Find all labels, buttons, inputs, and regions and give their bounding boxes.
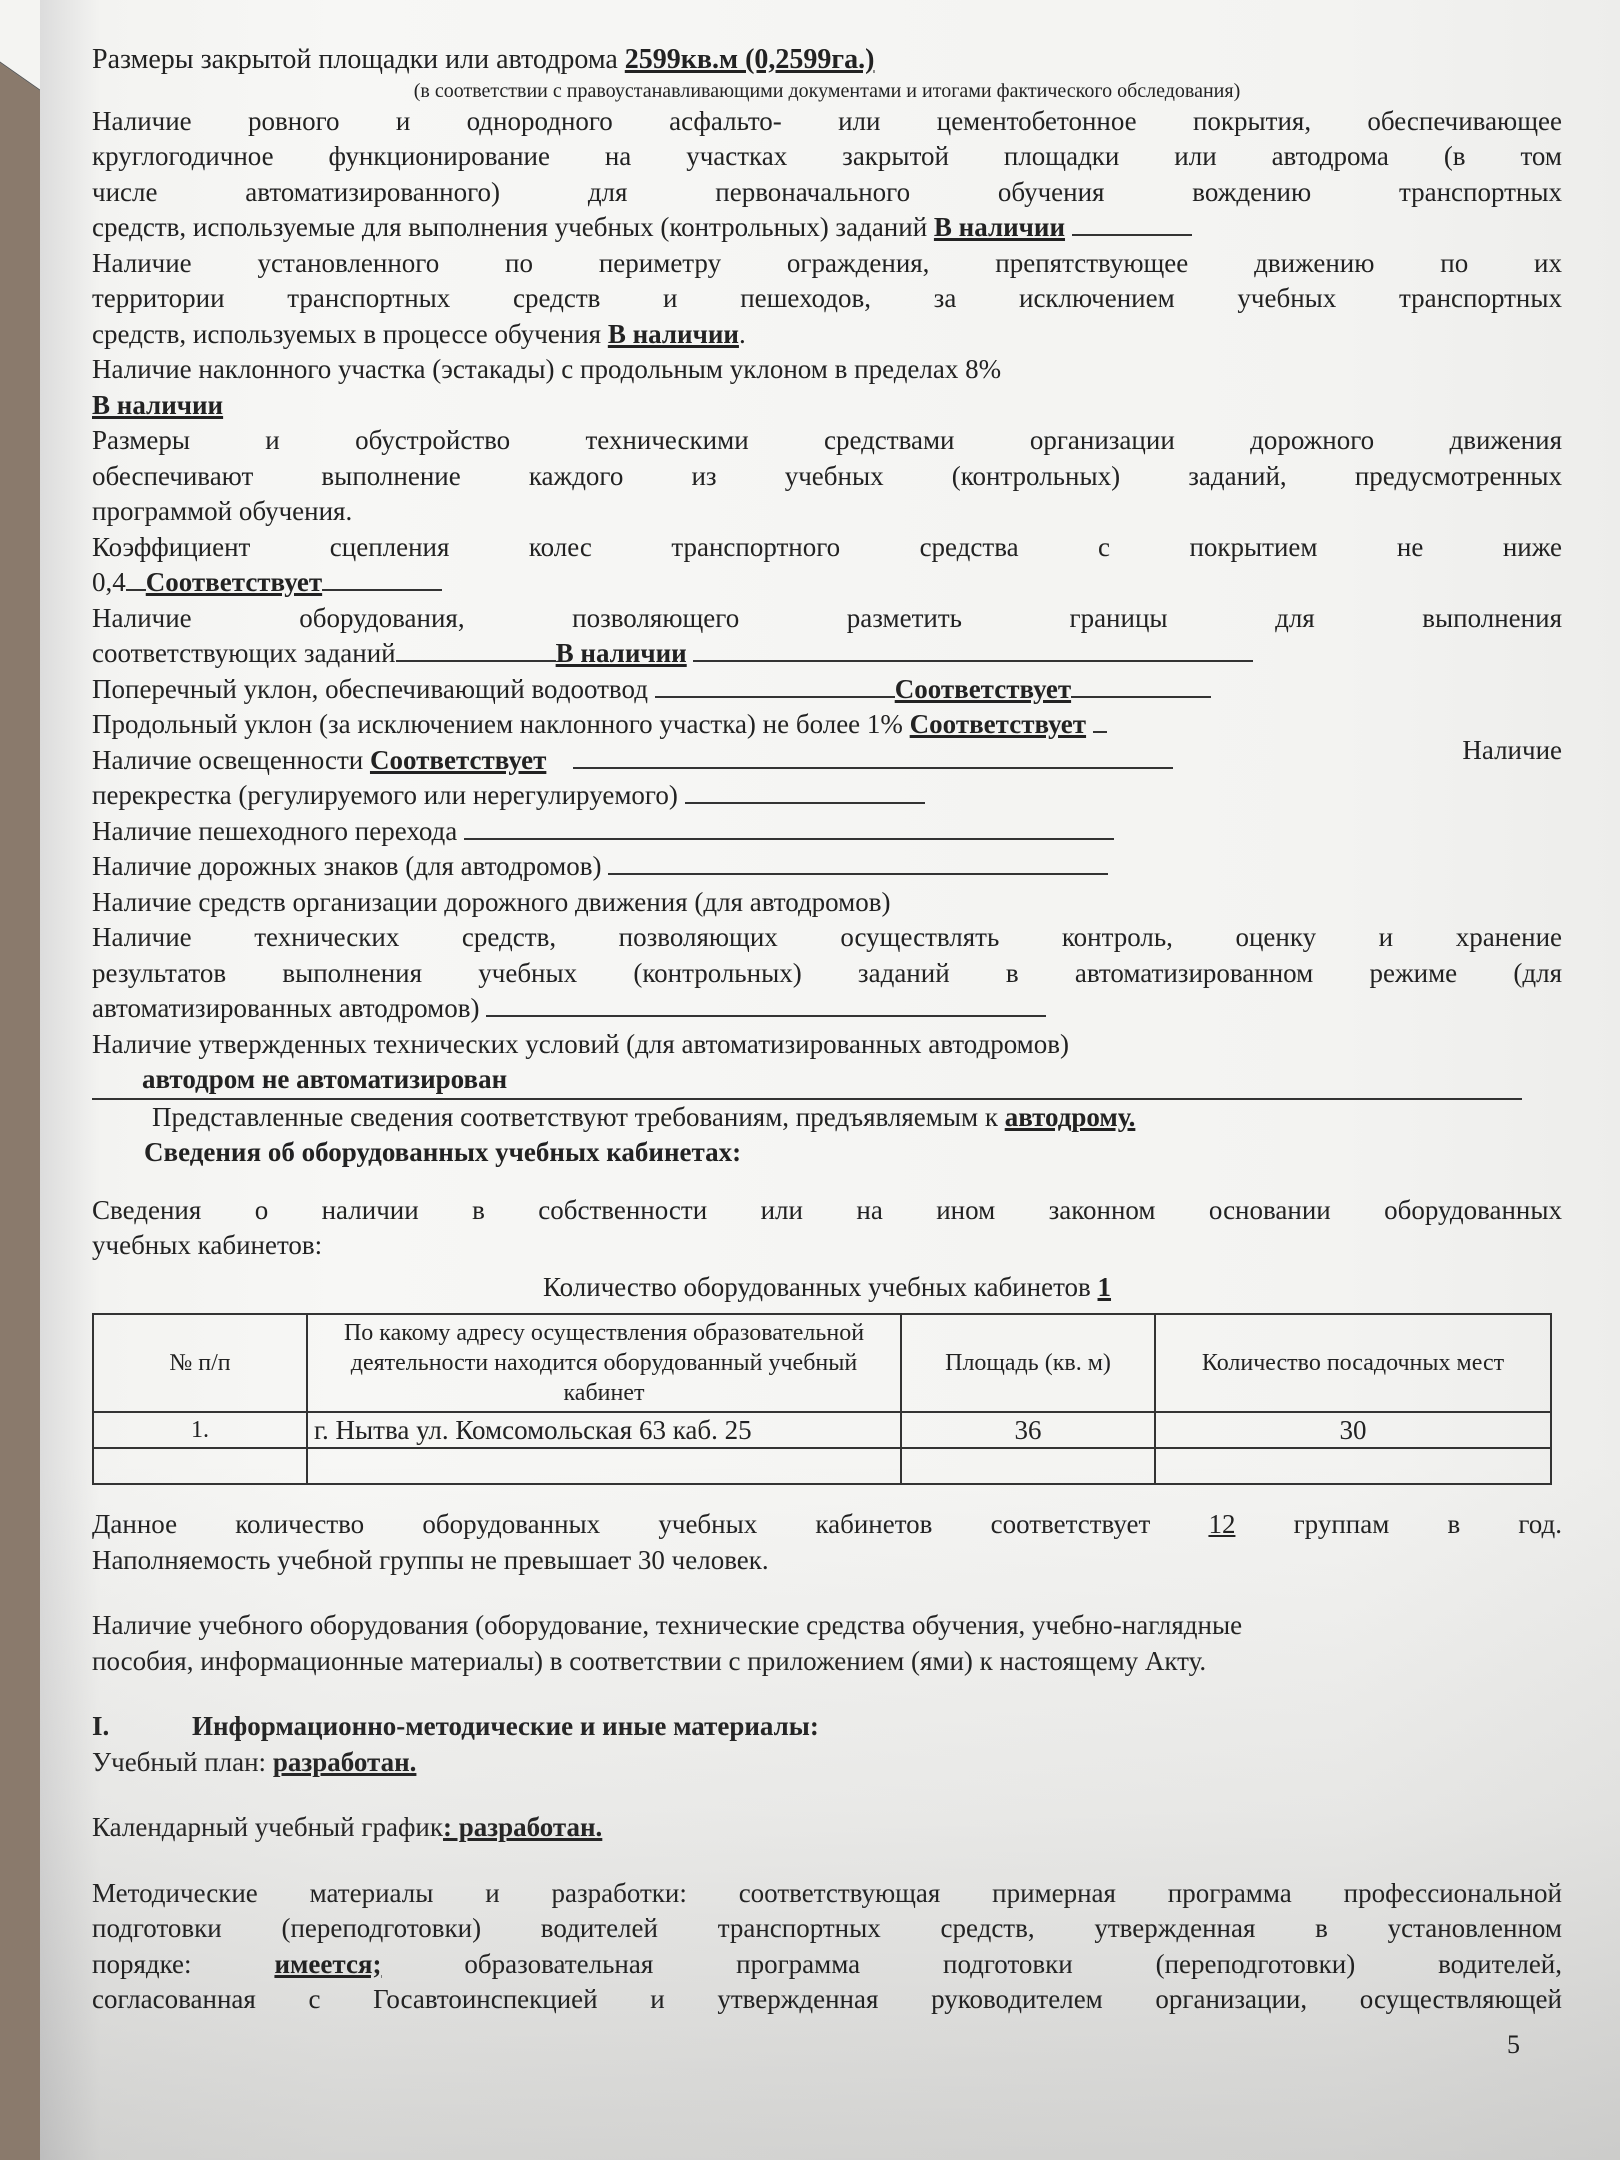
blank-line [1071, 674, 1211, 698]
plan-line: Учебный план: разработан. [92, 1745, 1562, 1781]
section-heading: I.Информационно-методические и иные мате… [92, 1709, 1562, 1745]
conclusion-value: автодрому. [1005, 1102, 1136, 1132]
conditions-text: Наличие утвержденных технических условий… [92, 1027, 1562, 1063]
grip-text: 0,4 [92, 567, 126, 597]
methods-text: подготовки (переподготовки) водителей тр… [92, 1911, 1562, 1947]
table-cell: 36 [901, 1412, 1155, 1448]
equip-text: соответствующих заданий [92, 638, 396, 668]
cabinets-table: № п/п По какому адресу осуществления обр… [92, 1313, 1552, 1485]
equip-text: Наличие оборудования, позволяющего разме… [92, 601, 1562, 637]
spacer [92, 1780, 1562, 1810]
surface-line: средств, используемые для выполнения уче… [92, 210, 1562, 246]
fence-text: территории транспортных средств и пешехо… [92, 281, 1562, 317]
methods-text: образовательная программа подготовки (пе… [464, 1949, 1562, 1979]
conditions-value: автодром не автоматизирован [142, 1064, 507, 1094]
long-slope-value: Соответствует [910, 709, 1086, 739]
long-slope-text: Продольный уклон (за исключением наклонн… [92, 709, 903, 739]
blank-line [464, 816, 1114, 840]
blank-line [573, 745, 1173, 769]
site-size-line: Размеры закрытой площадки или автодрома … [92, 42, 1562, 78]
cabinets-count-label: Количество оборудованных учебных кабинет… [543, 1272, 1091, 1302]
document-content: Размеры закрытой площадки или автодрома … [92, 42, 1562, 2018]
spacer [92, 1578, 1562, 1608]
light-tail-text: Наличие [1462, 733, 1562, 769]
tech-line: автоматизированных автодромов) [92, 991, 1562, 1027]
conditions-line: автодром не автоматизирован [92, 1062, 1522, 1100]
grip-line: 0,4Соответствует [92, 565, 1562, 601]
surface-text: круглогодичное функционирование на участ… [92, 139, 1562, 175]
groups-line: Данное количество оборудованных учебных … [92, 1507, 1562, 1543]
blank-line [693, 638, 1253, 662]
spacer [92, 1171, 1562, 1193]
pedestrian-text: Наличие пешеходного перехода [92, 816, 457, 846]
blank-line [1093, 709, 1107, 733]
blank-line [1072, 212, 1192, 236]
size-text: программой обучения. [92, 494, 1562, 530]
blank-line [396, 638, 556, 662]
blank-line [322, 567, 442, 591]
pedestrian-line: Наличие пешеходного перехода [92, 814, 1562, 850]
crossroad-line: перекрестка (регулируемого или нерегулир… [92, 778, 1562, 814]
blank-line [655, 674, 895, 698]
conclusion-text: Представленные сведения соответствуют тр… [152, 1102, 998, 1132]
table-cell: 1. [93, 1412, 307, 1448]
cabinets-heading: Сведения об оборудованных учебных кабине… [92, 1135, 1562, 1171]
site-size-label: Размеры закрытой площадки или автодрома [92, 44, 618, 75]
table-header: Количество посадочных мест [1155, 1314, 1551, 1412]
plan-label: Учебный план: [92, 1747, 266, 1777]
site-size-value: 2599кв.м (0,2599га.) [625, 44, 875, 75]
cross-slope-text: Поперечный уклон, обеспечивающий водоотв… [92, 674, 648, 704]
fence-value: В наличии [608, 319, 739, 349]
tech-text: Наличие технических средств, позволяющих… [92, 920, 1562, 956]
spacer [92, 1679, 1562, 1709]
cross-slope-line: Поперечный уклон, обеспечивающий водоотв… [92, 672, 1562, 708]
long-slope-line: Продольный уклон (за исключением наклонн… [92, 707, 1562, 743]
table-row [93, 1448, 1551, 1484]
fence-line: средств, используемых в процессе обучени… [92, 317, 1562, 353]
table-cell [307, 1448, 901, 1484]
cabinets-count-value: 1 [1098, 1272, 1112, 1302]
blank-line [685, 780, 925, 804]
plan-value: разработан. [273, 1747, 417, 1777]
tech-text: результатов выполнения учебных (контроль… [92, 956, 1562, 992]
table-cell: г. Нытва ул. Комсомольская 63 каб. 25 [307, 1412, 901, 1448]
slope-value: В наличии [92, 388, 1562, 424]
signs-text: Наличие дорожных знаков (для автодромов) [92, 851, 601, 881]
table-header: № п/п [93, 1314, 307, 1412]
size-text: Размеры и обустройство техническими сред… [92, 423, 1562, 459]
grip-text: Коэффициент сцепления колес транспортног… [92, 530, 1562, 566]
signs-line: Наличие дорожных знаков (для автодромов) [92, 849, 1562, 885]
equipment-text: Наличие учебного оборудования (оборудова… [92, 1608, 1562, 1644]
fence-text: средств, используемых в процессе обучени… [92, 319, 601, 349]
surface-text: средств, используемые для выполнения уче… [92, 212, 927, 242]
fence-text: Наличие установленного по периметру огра… [92, 246, 1562, 282]
table-header: По какому адресу осуществления образоват… [307, 1314, 901, 1412]
traffic-org-text: Наличие средств организации дорожного дв… [92, 885, 1562, 921]
cross-slope-value: Соответствует [895, 674, 1071, 704]
calendar-value: : разработан. [443, 1812, 602, 1842]
grip-value: Соответствует [146, 567, 322, 597]
document-page: Размеры закрытой площадки или автодрома … [40, 0, 1620, 2160]
light-line: Наличие освещенности Соответствует Налич… [92, 743, 1562, 779]
blank-line [486, 993, 1046, 1017]
table-cell [93, 1448, 307, 1484]
slope-text: Наличие наклонного участка (эстакады) с … [92, 352, 1562, 388]
light-text: Наличие освещенности [92, 745, 363, 775]
groups-text: Данное количество оборудованных учебных … [92, 1509, 1150, 1539]
cabinets-intro: Сведения о наличии в собственности или н… [92, 1193, 1562, 1229]
methods-text: порядке: [92, 1949, 192, 1979]
size-text: обеспечивают выполнение каждого из учебн… [92, 459, 1562, 495]
page-number: 5 [1507, 2030, 1520, 2060]
groups-fill-text: Наполняемость учебной группы не превышае… [92, 1543, 1562, 1579]
tech-text: автоматизированных автодромов) [92, 993, 479, 1023]
calendar-label: Календарный учебный график [92, 1812, 443, 1842]
blank-line [608, 851, 1108, 875]
table-header: Площадь (кв. м) [901, 1314, 1155, 1412]
surface-text: числе автоматизированного) для первонача… [92, 175, 1562, 211]
surface-text: Наличие ровного и однородного асфальто- … [92, 104, 1562, 140]
methods-line: порядке: имеется; образовательная програ… [92, 1947, 1562, 1983]
section-number: I. [92, 1709, 192, 1745]
spacer [92, 1485, 1562, 1507]
groups-value: 12 [1208, 1509, 1235, 1539]
table-row: 1. г. Нытва ул. Комсомольская 63 каб. 25… [93, 1412, 1551, 1448]
table-cell: 30 [1155, 1412, 1551, 1448]
equip-line: соответствующих заданийВ наличии [92, 636, 1562, 672]
table-cell [901, 1448, 1155, 1484]
conclusion-line: Представленные сведения соответствуют тр… [92, 1100, 1562, 1136]
spacer [92, 1846, 1562, 1876]
groups-text: группам в год. [1294, 1509, 1562, 1539]
surface-value: В наличии [934, 212, 1065, 242]
light-value: Соответствует [370, 745, 546, 775]
cabinets-intro: учебных кабинетов: [92, 1228, 1562, 1264]
equip-value: В наличии [556, 638, 687, 668]
methods-value: имеется; [274, 1949, 381, 1979]
methods-text: согласованная с Госавтоинспекцией и утве… [92, 1982, 1562, 2018]
table-header-row: № п/п По какому адресу осуществления обр… [93, 1314, 1551, 1412]
table-cell [1155, 1448, 1551, 1484]
cabinets-count-line: Количество оборудованных учебных кабинет… [92, 1270, 1562, 1306]
section-title: Информационно-методические и иные матери… [192, 1711, 819, 1741]
crossroad-text: перекрестка (регулируемого или нерегулир… [92, 780, 678, 810]
equipment-text: пособия, информационные материалы) в соо… [92, 1644, 1562, 1680]
site-size-note: (в соответствии с правоустанавливающими … [92, 78, 1562, 104]
calendar-line: Календарный учебный график: разработан. [92, 1810, 1562, 1846]
blank-line [126, 567, 146, 591]
methods-text: Методические материалы и разработки: соо… [92, 1876, 1562, 1912]
